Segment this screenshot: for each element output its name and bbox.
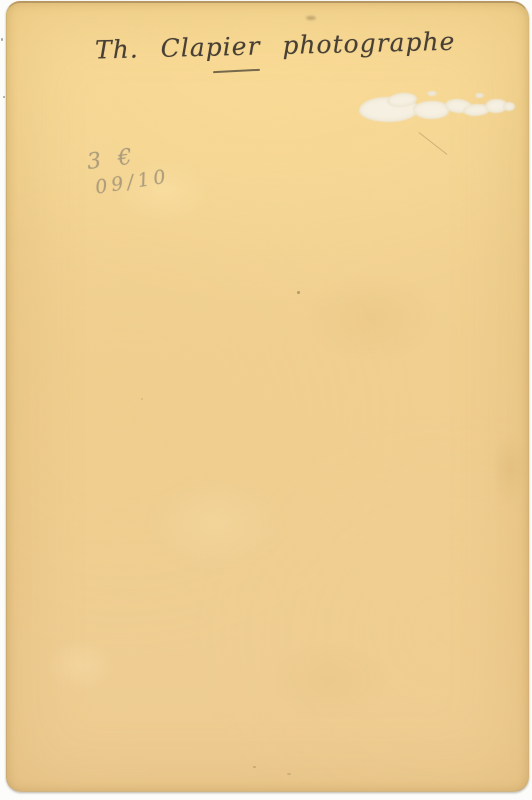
margin-dust-speck — [3, 96, 5, 98]
torn-patch-fleck — [475, 93, 484, 98]
torn-paper-patch — [357, 89, 515, 129]
dirt-speck — [297, 291, 300, 294]
photographer-inscription: Th. Clapier photographe — [95, 26, 466, 65]
dirt-speck — [287, 773, 291, 775]
dirt-speck — [141, 398, 143, 400]
ink-smudge — [306, 16, 316, 20]
dirt-speck — [253, 766, 256, 768]
margin-dust-speck — [1, 38, 3, 41]
inscription-underline — [213, 69, 260, 73]
surface-scratch — [419, 132, 448, 155]
torn-patch-blob — [503, 102, 515, 111]
edge-stain — [493, 433, 527, 505]
photo-card-back: Th. Clapier photographe 3 € 09/10 — [6, 1, 529, 792]
scanner-background: Th. Clapier photographe 3 € 09/10 — [0, 0, 532, 800]
torn-patch-fleck — [427, 91, 437, 96]
torn-patch-blob — [413, 101, 449, 119]
